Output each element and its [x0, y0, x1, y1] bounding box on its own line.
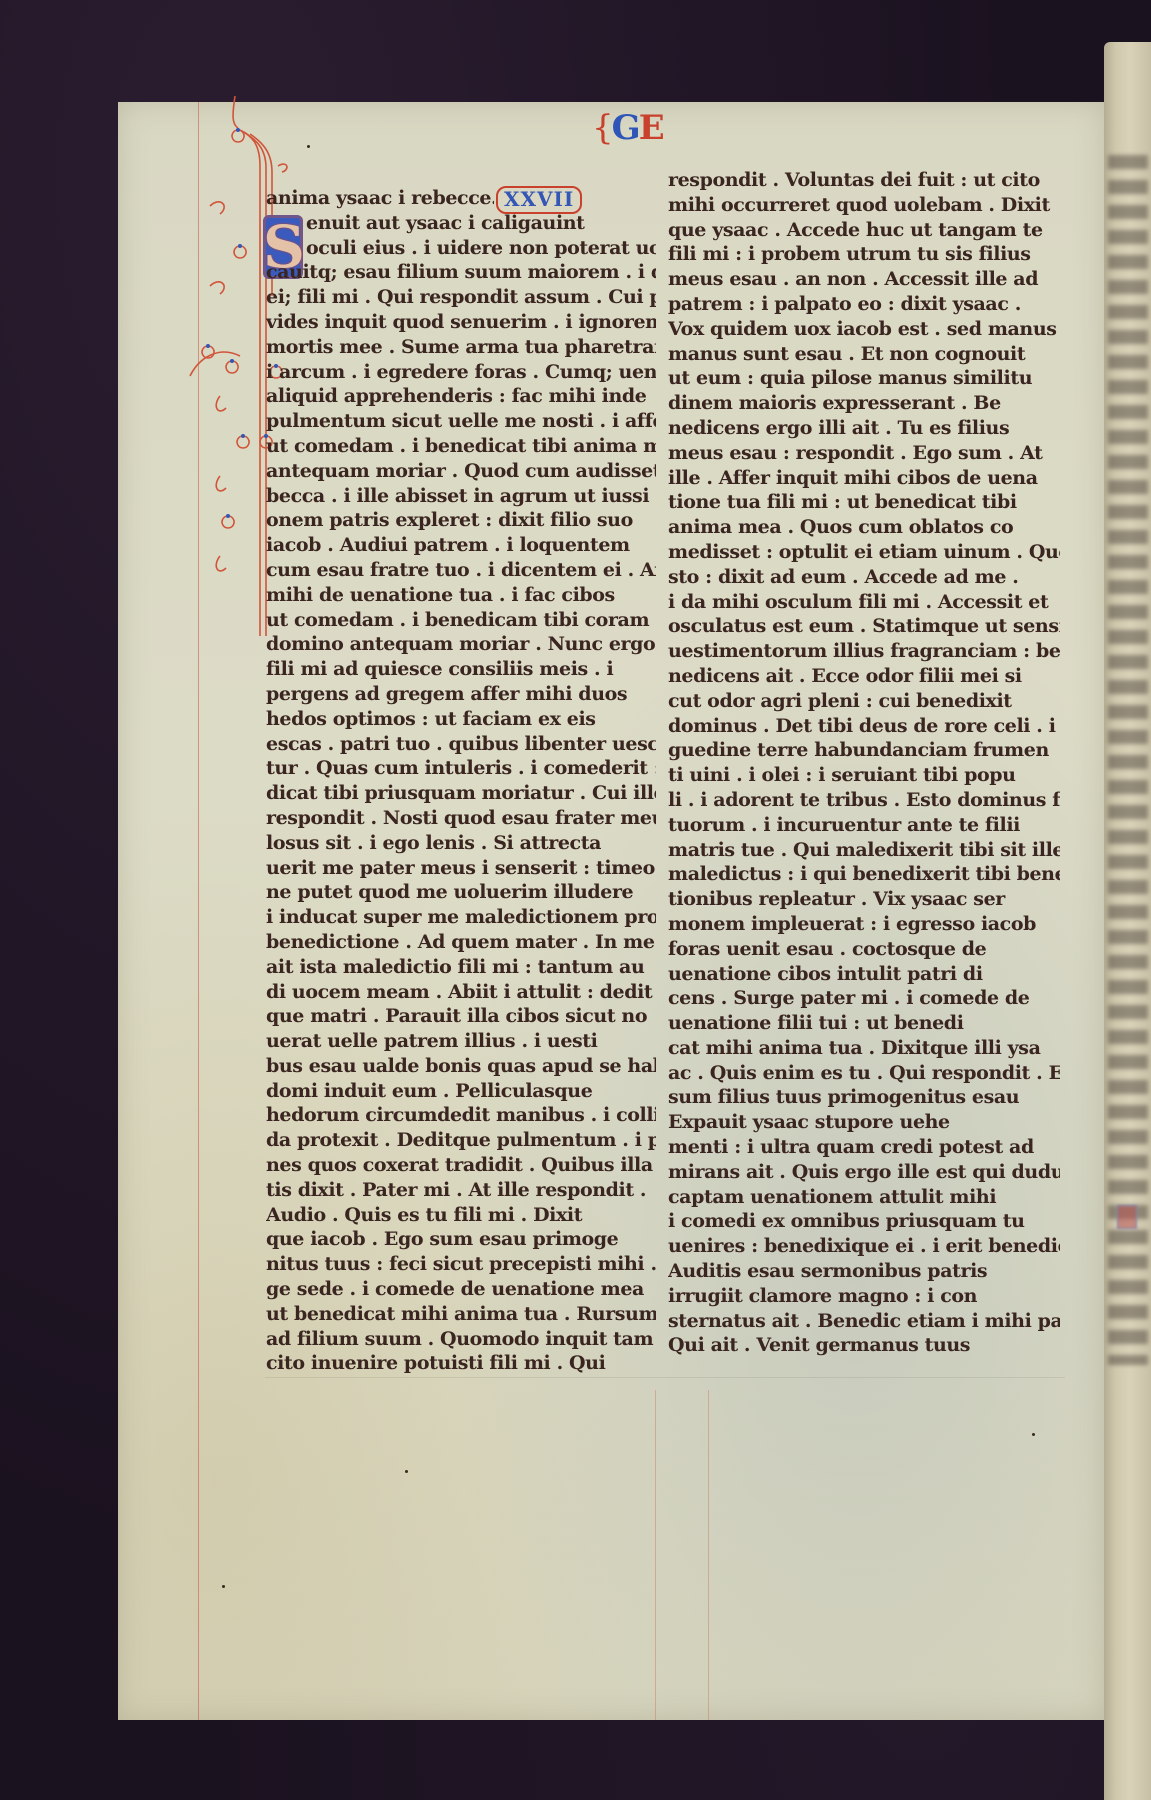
- text-line: uenatione cibos intulit patri di: [668, 962, 1060, 987]
- text-line: i comedi ex omnibus priusquam tu: [668, 1209, 1060, 1234]
- text-column-left: anima ysaac i rebecce. enuit aut ysaac i…: [266, 186, 656, 1376]
- text-line: foras uenit esau . coctosque de: [668, 937, 1060, 962]
- text-line: Audio . Quis es tu fili mi . Dixit: [266, 1203, 656, 1228]
- text-line: losus sit . i ego lenis . Si attrecta: [266, 831, 656, 856]
- text-line: cens . Surge pater mi . i comede de: [668, 986, 1060, 1011]
- running-head-letter-e: E: [639, 108, 663, 148]
- text-line: oculi eius . i uidere non poterat uo: [266, 236, 656, 261]
- text-line: tis dixit . Pater mi . At ille respondit…: [266, 1178, 656, 1203]
- text-line: dicat tibi priusquam moriatur . Cui ille: [266, 781, 656, 806]
- text-line: uerit me pater meus i senserit : timeo: [266, 856, 656, 881]
- parchment-speck: [307, 145, 310, 148]
- text-line: i da mihi osculum fili mi . Accessit et: [668, 590, 1060, 615]
- text-line: hedos optimos : ut faciam ex eis: [266, 707, 656, 732]
- text-line: mirans ait . Quis ergo ille est qui dudu…: [668, 1160, 1060, 1185]
- text-line: domi induit eum . Pelliculasque: [266, 1079, 656, 1104]
- text-line: ne putet quod me uoluerim illudere: [266, 880, 656, 905]
- text-line: manus sunt esau . Et non cognouit: [668, 342, 1060, 367]
- text-line: meus esau : respondit . Ego sum . At: [668, 441, 1060, 466]
- text-line: ti uini . i olei : i seruiant tibi popu: [668, 763, 1060, 788]
- text-line: cum esau fratre tuo . i dicentem ei . Af…: [266, 558, 656, 583]
- text-line: uerat uelle patrem illius . i uesti: [266, 1029, 656, 1054]
- text-line: benedictione . Ad quem mater . In me sit: [266, 930, 656, 955]
- text-line: becca . i ille abisset in agrum ut iussi: [266, 484, 656, 509]
- text-line: cat mihi anima tua . Dixitque illi ysa: [668, 1036, 1060, 1061]
- text-line: cauitq; esau filium suum maiorem . i dix…: [266, 260, 656, 285]
- text-line: fili mi : i probem utrum tu sis filius: [668, 242, 1060, 267]
- text-line: mortis mee . Sume arma tua pharetram: [266, 335, 656, 360]
- text-line: que ysaac . Accede huc ut tangam te: [668, 218, 1060, 243]
- text-line: maledictus : i qui benedixerit tibi bene…: [668, 862, 1060, 887]
- text-line: que matri . Parauit illa cibos sicut no: [266, 1004, 656, 1029]
- text-line: cut odor agri pleni : cui benedixit: [668, 689, 1060, 714]
- facing-page-initial: [1117, 1205, 1137, 1229]
- text-line: uestimentorum illius fragranciam : be: [668, 639, 1060, 664]
- text-line: uenatione filii tui : ut benedi: [668, 1011, 1060, 1036]
- text-line: onem patris expleret : dixit filio suo: [266, 508, 656, 533]
- text-line: nedicens ergo illi ait . Tu es filius: [668, 416, 1060, 441]
- text-line: tione tua fili mi : ut benedicat tibi: [668, 490, 1060, 515]
- text-line: Vox quidem uox iacob est . sed manus: [668, 317, 1060, 342]
- text-line: irrugiit clamore magno : i con: [668, 1284, 1060, 1309]
- text-line: Qui ait . Venit germanus tuus: [668, 1333, 1060, 1358]
- text-line: anima mea . Quos cum oblatos co: [668, 515, 1060, 540]
- text-line: escas . patri tuo . quibus libenter uesc…: [266, 732, 656, 757]
- text-line: Expauit ysaac stupore uehe: [668, 1110, 1060, 1135]
- text-line: tur . Quas cum intuleris . i comederit :…: [266, 756, 656, 781]
- text-line: i inducat super me maledictionem pro: [266, 905, 656, 930]
- text-line: ait ista maledictio fili mi : tantum au: [266, 955, 656, 980]
- text-line: fili mi ad quiesce consiliis meis . i: [266, 657, 656, 682]
- text-line: guedine terre habundanciam frumen: [668, 738, 1060, 763]
- text-line: respondit . Nosti quod esau frater meus …: [266, 806, 656, 831]
- text-line: respondit . Voluntas dei fuit : ut cito: [668, 168, 1060, 193]
- text-line: enuit aut ysaac i caligauint: [266, 211, 656, 236]
- text-line: mihi de uenatione tua . i fac cibos: [266, 583, 656, 608]
- text-line: iacob . Audiui patrem . i loquentem: [266, 533, 656, 558]
- text-line: i arcum . i egredere foras . Cumq; uenat…: [266, 360, 656, 385]
- parchment-speck: [222, 1585, 225, 1588]
- text-line: ut eum : quia pilose manus similitu: [668, 366, 1060, 391]
- text-line: li . i adorent te tribus . Esto dominus …: [668, 788, 1060, 813]
- text-line: ut comedam . i benedicam tibi coram: [266, 608, 656, 633]
- text-line: ge sede . i comede de uenatione mea: [266, 1277, 656, 1302]
- running-head-letter-g: G: [612, 108, 639, 148]
- text-line: Auditis esau sermonibus patris: [668, 1259, 1060, 1284]
- text-line: que iacob . Ego sum esau primoge: [266, 1227, 656, 1252]
- text-line: meus esau . an non . Accessit ille ad: [668, 267, 1060, 292]
- text-line: pergens ad gregem affer mihi duos: [266, 682, 656, 707]
- text-line: nes quos coxerat tradidit . Quibus illa: [266, 1153, 656, 1178]
- text-line: dominus . Det tibi deus de rore celi . i…: [668, 714, 1060, 739]
- text-line: tionibus repleatur . Vix ysaac ser: [668, 887, 1060, 912]
- running-head-flourish-left: {: [592, 108, 612, 148]
- text-column-right: respondit . Voluntas dei fuit : ut cito …: [668, 168, 1060, 1358]
- text-line: aliquid apprehenderis : fac mihi inde: [266, 384, 656, 409]
- text-line: domino antequam moriar . Nunc ergo: [266, 632, 656, 657]
- text-line: pulmentum sicut uelle me nosti . i affer: [266, 409, 656, 434]
- text-line: matris tue . Qui maledixerit tibi sit il…: [668, 838, 1060, 863]
- text-line: captam uenationem attulit mihi: [668, 1185, 1060, 1210]
- text-line: tuorum . i incuruentur ante te filii: [668, 813, 1060, 838]
- text-line: mihi occurreret quod uolebam . Dixit: [668, 193, 1060, 218]
- text-line: da protexit . Deditque pulmentum . i pa: [266, 1128, 656, 1153]
- text-line: sternatus ait . Benedic etiam i mihi pat…: [668, 1309, 1060, 1334]
- text-line: nitus tuus : feci sicut precepisti mihi …: [266, 1252, 656, 1277]
- text-line: sto : dixit ad eum . Accede ad me .: [668, 565, 1060, 590]
- text-line: di uocem meam . Abiit i attulit : dedit: [266, 980, 656, 1005]
- text-line: ei; fili mi . Qui respondit assum . Cui …: [266, 285, 656, 310]
- text-line: bus esau ualde bonis quas apud se habeba…: [266, 1054, 656, 1079]
- text-line: ad filium suum . Quomodo inquit tam: [266, 1327, 656, 1352]
- text-line: ut benedicat mihi anima tua . Rursum ysa…: [266, 1302, 656, 1327]
- text-line: anima ysaac i rebecce.: [266, 186, 494, 211]
- running-head: {GE: [592, 111, 663, 145]
- text-line: osculatus est eum . Statimque ut sensit: [668, 614, 1060, 639]
- parchment-speck: [405, 1470, 408, 1473]
- text-line: sum filius tuus primogenitus esau: [668, 1085, 1060, 1110]
- text-line: ille . Affer inquit mihi cibos de uena: [668, 466, 1060, 491]
- column-ruling-right-inner: [708, 1390, 709, 1720]
- text-line: cito inuenire potuisti fili mi . Qui: [266, 1351, 656, 1376]
- text-line: hedorum circumdedit manibus . i colli nu: [266, 1103, 656, 1128]
- parchment-speck: [1032, 1433, 1035, 1436]
- text-line: nedicens ait . Ecce odor filii mei si: [668, 664, 1060, 689]
- text-line: dinem maioris expresserant . Be: [668, 391, 1060, 416]
- facing-page-text-blur: [1108, 155, 1148, 1365]
- text-line: uenires : benedixique ei . i erit benedi…: [668, 1234, 1060, 1259]
- text-line: menti : i ultra quam credi potest ad: [668, 1135, 1060, 1160]
- text-line: antequam moriar . Quod cum audisset re: [266, 459, 656, 484]
- text-line: monem impleuerat : i egresso iacob: [668, 912, 1060, 937]
- text-line: ac . Quis enim es tu . Qui respondit . E…: [668, 1061, 1060, 1086]
- text-line: medisset : optulit ei etiam uinum . Quo …: [668, 540, 1060, 565]
- column-ruling-left-inner: [655, 1390, 656, 1720]
- text-block-bottom-rule: [265, 1377, 1065, 1378]
- text-line: patrem : i palpato eo : dixit ysaac .: [668, 292, 1060, 317]
- text-line: vides inquit quod senuerim . i ignorem d…: [266, 310, 656, 335]
- text-line: ut comedam . i benedicat tibi anima mea: [266, 434, 656, 459]
